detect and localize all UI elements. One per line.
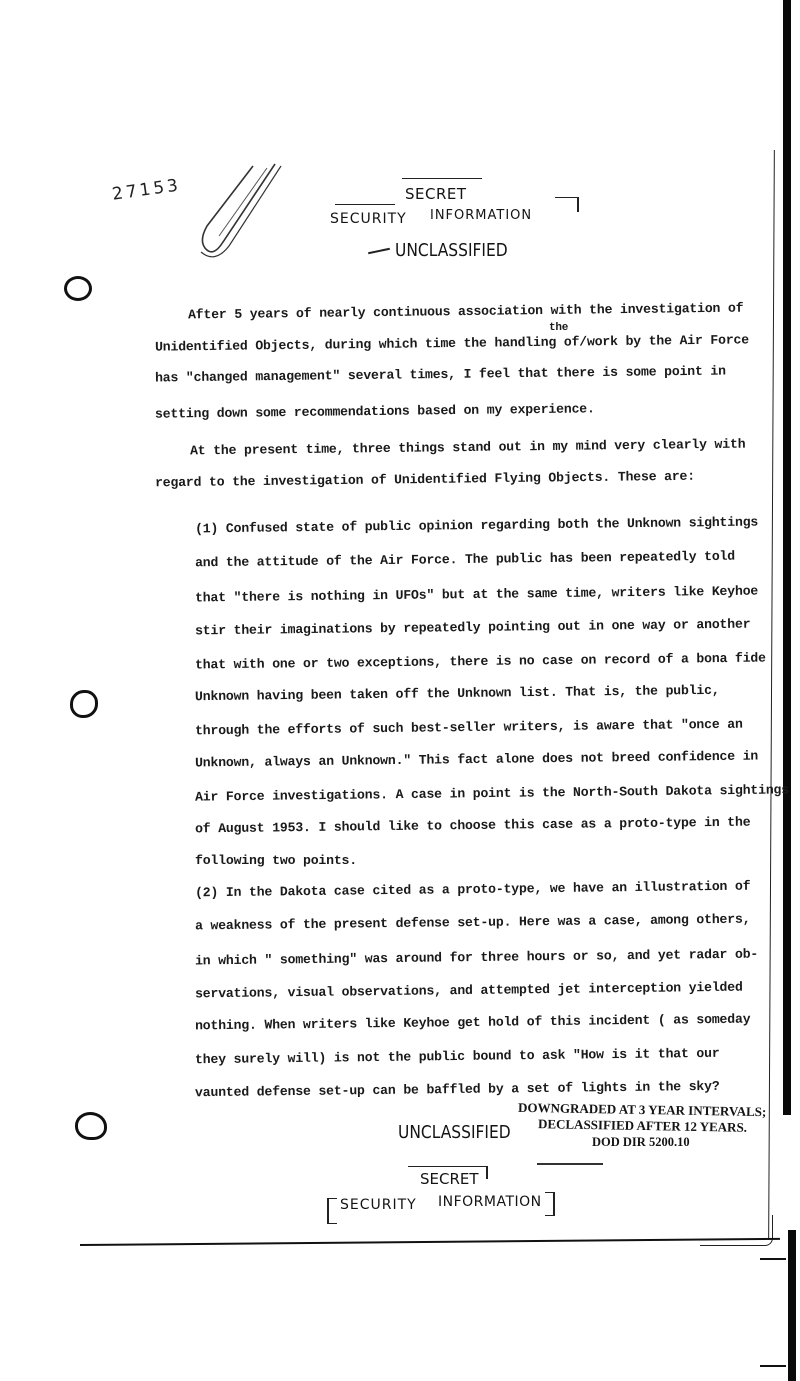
classification-unclassified-bottom: UNCLASSIFIED [398,1122,511,1143]
point-1-line: that with one or two exceptions, there i… [195,651,766,673]
paragraph-intro-line: has "changed management" several times, … [155,364,726,386]
point-2-line: nothing. When writers like Keyhoe get ho… [195,1012,751,1034]
downgrade-line-3: DOD DIR 5200.10 [592,1135,690,1150]
point-1-line: stir their imaginations by repeatedly po… [195,617,751,639]
stamp-bracket [408,1166,488,1179]
stamp-bracket [335,204,395,205]
point-2-line: a weakness of the present defense set-up… [195,912,751,934]
point-1-line: through the efforts of such best-seller … [195,717,743,739]
stamp-information-top: INFORMATION [430,208,532,223]
paragraph-present-line: regard to the investigation of Unidentif… [155,469,695,491]
point-1-line: of August 1953. I should like to choose … [195,815,751,837]
point-2-line: (2) In the Dakota case cited as a proto-… [195,879,751,901]
point-2-line: servations, visual observations, and att… [195,980,743,1002]
punch-hole [70,690,98,718]
handwritten-file-number: 27153 [111,175,182,204]
edge-tick [760,1258,786,1260]
stamp-security-bottom: SECURITY [340,1197,417,1213]
point-1-line: Unknown, always an Unknown." This fact a… [195,749,758,771]
binding-bar [783,0,791,1115]
interlinear-insert: the [549,322,568,334]
stamp-dash [368,248,390,255]
stamp-dash [537,1163,603,1165]
point-1-line: Air Force investigations. A case in poin… [195,782,789,804]
paragraph-present-line: At the present time, three things stand … [190,437,746,459]
point-2-line: in which " something" was around for thr… [195,947,758,969]
paperclip-icon [195,160,285,260]
stamp-bracket [545,1192,555,1216]
stamp-bracket [327,1198,337,1224]
bottom-rule [80,1238,780,1246]
page-edge-line [768,150,777,1240]
page-edge-corner [700,1215,773,1246]
point-1-line: that "there is nothing in UFOs" but at t… [195,584,758,606]
point-2-line: they surely will) is not the public boun… [195,1046,720,1067]
stamp-bracket [402,178,482,185]
edge-tick [760,1365,786,1367]
punch-hole [64,276,92,301]
point-1-line: (1) Confused state of public opinion reg… [195,515,758,537]
stamp-secret-top: SECRET [405,185,467,203]
binding-bar-lower [788,1230,796,1381]
classification-unclassified-top: UNCLASSIFIED [395,240,508,261]
stamp-information-bottom: INFORMATION [438,1194,542,1210]
paragraph-intro-line: Unidentified Objects, during which time … [155,332,749,354]
stamp-security-top: SECURITY [330,211,407,227]
point-1-line: Unknown having been taken off the Unknow… [195,683,720,704]
paragraph-intro-line: After 5 years of nearly continuous assoc… [188,301,744,323]
downgrade-line-2: DECLASSIFIED AFTER 12 YEARS. [538,1116,747,1136]
point-2-line: vaunted defense set-up can be baffled by… [195,1079,720,1100]
stamp-bracket [555,197,579,212]
punch-hole [75,1112,107,1140]
point-1-line: and the attitude of the Air Force. The p… [195,549,735,571]
point-1-line: following two points. [195,853,357,868]
paragraph-intro-line: setting down some recommendations based … [155,401,595,421]
